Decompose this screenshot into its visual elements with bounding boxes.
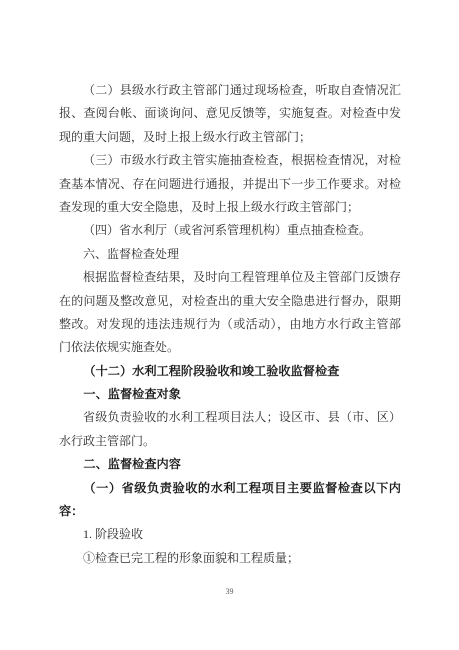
text-line: （二）县级水行政主管部门通过现场检查，听取自查情况汇 [59,79,401,102]
text-line: ①检查已完工程的形象面貌和工程质量； [59,547,401,570]
text-line: 在的问题及整改意见，对检查出的重大安全隐患进行督办，限期 [59,290,401,313]
text-line: 现的重大问题，及时上报上级水行政主管部门； [59,126,401,149]
text-line: 根据监督检查结果，及时向工程管理单位及主管部门反馈存 [59,266,401,289]
section-heading: 一、监督检查对象 [59,383,401,406]
text-line: 水行政主管部门。 [59,430,401,453]
text-line: 查基本情况、存在问题进行通报，并提出下一步工作要求。对检 [59,173,401,196]
text-line: （三）市级水行政主管实施抽查检查，根据检查情况，对检 [59,149,401,172]
text-line: 查发现的重大安全隐患，及时上报上级水行政主管部门； [59,196,401,219]
text-line: 1. 阶段验收 [59,523,401,546]
text-line: （四）省水利厅（或省河系管理机构）重点抽查检查。 [59,219,401,242]
section-heading: 六、监督检查处理 [59,243,401,266]
section-heading: 二、监督检查内容 [59,453,401,476]
document-content: （二）县级水行政主管部门通过现场检查，听取自查情况汇 报、查阅台帐、面谈询问、意… [59,79,401,570]
document-page: （二）县级水行政主管部门通过现场检查，听取自查情况汇 报、查阅台帐、面谈询问、意… [0,0,459,650]
text-line: 报、查阅台帐、面谈询问、意见反馈等，实施复查。对检查中发 [59,102,401,125]
text-line: 省级负责验收的水利工程项目法人；设区市、县（市、区） [59,406,401,429]
text-line: 整改。对发现的违法违规行为（或活动），由地方水行政主管部 [59,313,401,336]
chapter-heading: （十二）水利工程阶段验收和竣工验收监督检查 [59,360,401,383]
text-line: 容： [59,500,401,523]
page-number: 39 [0,587,459,596]
text-line: 门依法依规实施查处。 [59,336,401,359]
text-line: （一）省级负责验收的水利工程项目主要监督检查以下内 [59,477,401,500]
